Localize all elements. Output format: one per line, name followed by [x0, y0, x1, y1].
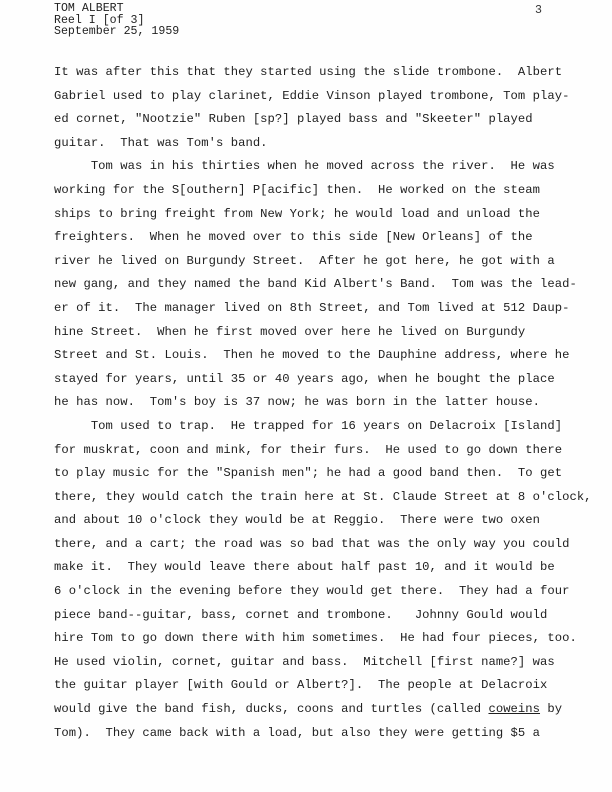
text-line: make it. They would leave there about ha…	[54, 556, 594, 580]
interview-date: September 25, 1959	[54, 26, 179, 38]
text-line: Tom). They came back with a load, but al…	[54, 722, 594, 746]
text-segment: by	[540, 702, 562, 716]
text-line: 6 o'clock in the evening before they wou…	[54, 580, 594, 604]
text-line: working for the S[outhern] P[acific] the…	[54, 179, 594, 203]
text-line: to play music for the "Spanish men"; he …	[54, 462, 594, 486]
text-line: hine Street. When he first moved over he…	[54, 321, 594, 345]
text-line: there, and a cart; the road was so bad t…	[54, 533, 594, 557]
text-line: Gabriel used to play clarinet, Eddie Vin…	[54, 85, 594, 109]
underlined-term: coweins	[488, 702, 540, 716]
transcript-page: TOM ALBERT Reel I [of 3] September 25, 1…	[0, 0, 612, 792]
transcript-body: It was after this that they started usin…	[54, 61, 594, 745]
page-number: 3	[535, 4, 542, 17]
text-line: and about 10 o'clock they would be at Re…	[54, 509, 594, 533]
text-line: river he lived on Burgundy Street. After…	[54, 250, 594, 274]
interviewee-name: TOM ALBERT	[54, 3, 179, 15]
text-line: hire Tom to go down there with him somet…	[54, 627, 594, 651]
document-header: TOM ALBERT Reel I [of 3] September 25, 1…	[54, 3, 179, 38]
text-line: stayed for years, until 35 or 40 years a…	[54, 368, 594, 392]
text-line: Street and St. Louis. Then he moved to t…	[54, 344, 594, 368]
text-line: It was after this that they started usin…	[54, 61, 594, 85]
text-line: new gang, and they named the band Kid Al…	[54, 273, 594, 297]
text-line: ed cornet, "Nootzie" Ruben [sp?] played …	[54, 108, 594, 132]
text-line: Tom was in his thirties when he moved ac…	[54, 155, 594, 179]
text-segment: would give the band fish, ducks, coons a…	[54, 702, 488, 716]
text-line: Tom used to trap. He trapped for 16 year…	[54, 415, 594, 439]
text-line: the guitar player [with Gould or Albert?…	[54, 674, 594, 698]
text-line: er of it. The manager lived on 8th Stree…	[54, 297, 594, 321]
text-line: freighters. When he moved over to this s…	[54, 226, 594, 250]
text-line: guitar. That was Tom's band.	[54, 132, 594, 156]
text-line: piece band--guitar, bass, cornet and tro…	[54, 604, 594, 628]
text-line: He used violin, cornet, guitar and bass.…	[54, 651, 594, 675]
text-line: would give the band fish, ducks, coons a…	[54, 698, 594, 722]
text-line: he has now. Tom's boy is 37 now; he was …	[54, 391, 594, 415]
text-line: ships to bring freight from New York; he…	[54, 203, 594, 227]
text-line: for muskrat, coon and mink, for their fu…	[54, 439, 594, 463]
text-line: there, they would catch the train here a…	[54, 486, 594, 510]
